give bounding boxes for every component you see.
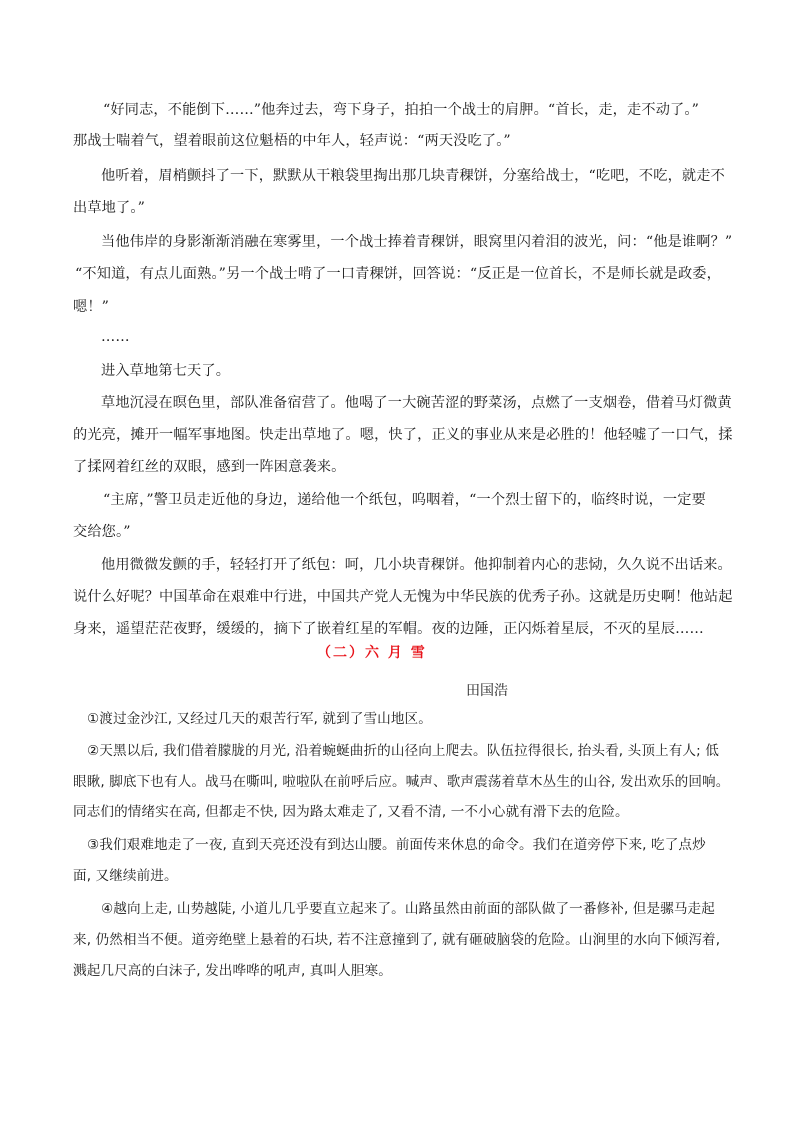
paragraph-line: 进入草地第七天了。 xyxy=(101,361,230,381)
paragraph-line: ④越向上走, 山势越陡, 小道儿几乎要直立起来了。山路虽然由前面的部队做了一番修… xyxy=(101,899,715,919)
paragraph-line: 草地沉浸在暝色里，部队准备宿营了。他喝了一大碗苦涩的野菜汤，点燃了一支烟卷，借着… xyxy=(101,393,732,413)
paragraph-line: 当他伟岸的身影渐渐消融在寒雾里，一个战士捧着青稞饼，眼窝里闪着泪的波光，问：“他… xyxy=(101,232,732,252)
paragraph-line: 身来，遥望茫茫夜野，缓缓的，摘下了嵌着红星的军帽。夜的边陲，正闪烁着星辰，不灭的… xyxy=(73,619,704,639)
section-title: （二）六 月 雪 xyxy=(317,642,427,662)
paragraph-line: 了揉网着红丝的双眼，感到一阵困意袭来。 xyxy=(73,457,345,477)
paragraph-line: 说什么好呢？中国革命在艰难中行进，中国共产党人无愧为中华民族的优秀子孙。这就是历… xyxy=(73,587,733,607)
paragraph-line: “不知道，有点儿面熟。”另一个战士啃了一口青稞饼，回答说：“反正是一位首长，不是… xyxy=(75,264,721,284)
paragraph-line: 交给您。” xyxy=(73,522,131,542)
paragraph-line: 嗯！” xyxy=(73,297,109,317)
paragraph-line: 面, 又继续前进。 xyxy=(73,866,178,886)
paragraph-line: ③我们艰难地走了一夜, 直到天亮还没有到达山腰。前面传来休息的命令。我们在道旁停… xyxy=(87,835,706,855)
author-name: 田国浩 xyxy=(466,680,508,700)
paragraph-line: 的光亮，摊开一幅军事地图。快走出草地了。嗯，快了，正义的事业从来是必胜的！他轻嘘… xyxy=(73,425,733,445)
paragraph-line: ②天黑以后, 我们借着朦胧的月光, 沿着蜿蜒曲折的山径向上爬去。队伍拉得很长, … xyxy=(87,741,719,761)
paragraph-line: 眼瞅, 脚底下也有人。战马在嘶叫, 啦啦队在前呼后应。喊声、歌声震荡着草木丛生的… xyxy=(73,772,729,792)
paragraph-line: 那战士喘着气，望着眼前这位魁梧的中年人，轻声说：“两天没吃了。” xyxy=(73,131,511,151)
paragraph-line: “主席，”警卫员走近他的身边，递给他一个纸包，呜咽着，“一个烈士留下的，临终时说… xyxy=(103,490,706,510)
paragraph-line: ①渡过金沙江, 又经过几天的艰苦行军, 就到了雪山地区。 xyxy=(87,709,432,729)
paragraph-line: “好同志，不能倒下……”他奔过去，弯下身子，拍拍一个战士的肩胛。“首长，走，走不… xyxy=(103,100,699,120)
ellipsis-line: …… xyxy=(101,327,130,347)
paragraph-line: 出草地了。” xyxy=(73,198,145,218)
paragraph-line: 他听着，眉梢颤抖了一下，默默从干粮袋里掏出那几块青稞饼，分塞给战士，“吃吧，不吃… xyxy=(101,166,725,186)
paragraph-line: 同志们的情绪实在高, 但都走不快, 因为路太难走了, 又看不清, 一不小心就有滑… xyxy=(73,802,629,822)
paragraph-line: 他用微微发颤的手，轻轻打开了纸包：呵，几小块青稞饼。他抑制着内心的悲恸，久久说不… xyxy=(101,555,732,575)
document-page: “好同志，不能倒下……”他奔过去，弯下身子，拍拍一个战士的肩胛。“首长，走，走不… xyxy=(0,0,793,1122)
paragraph-line: 来, 仍然相当不便。道旁绝壁上悬着的石块, 若不注意撞到了, 就有砸破脑袋的危险… xyxy=(73,930,720,950)
paragraph-line: 溅起几尺高的白沫子, 发出哗哗的吼声, 真叫人胆寒。 xyxy=(73,961,392,981)
